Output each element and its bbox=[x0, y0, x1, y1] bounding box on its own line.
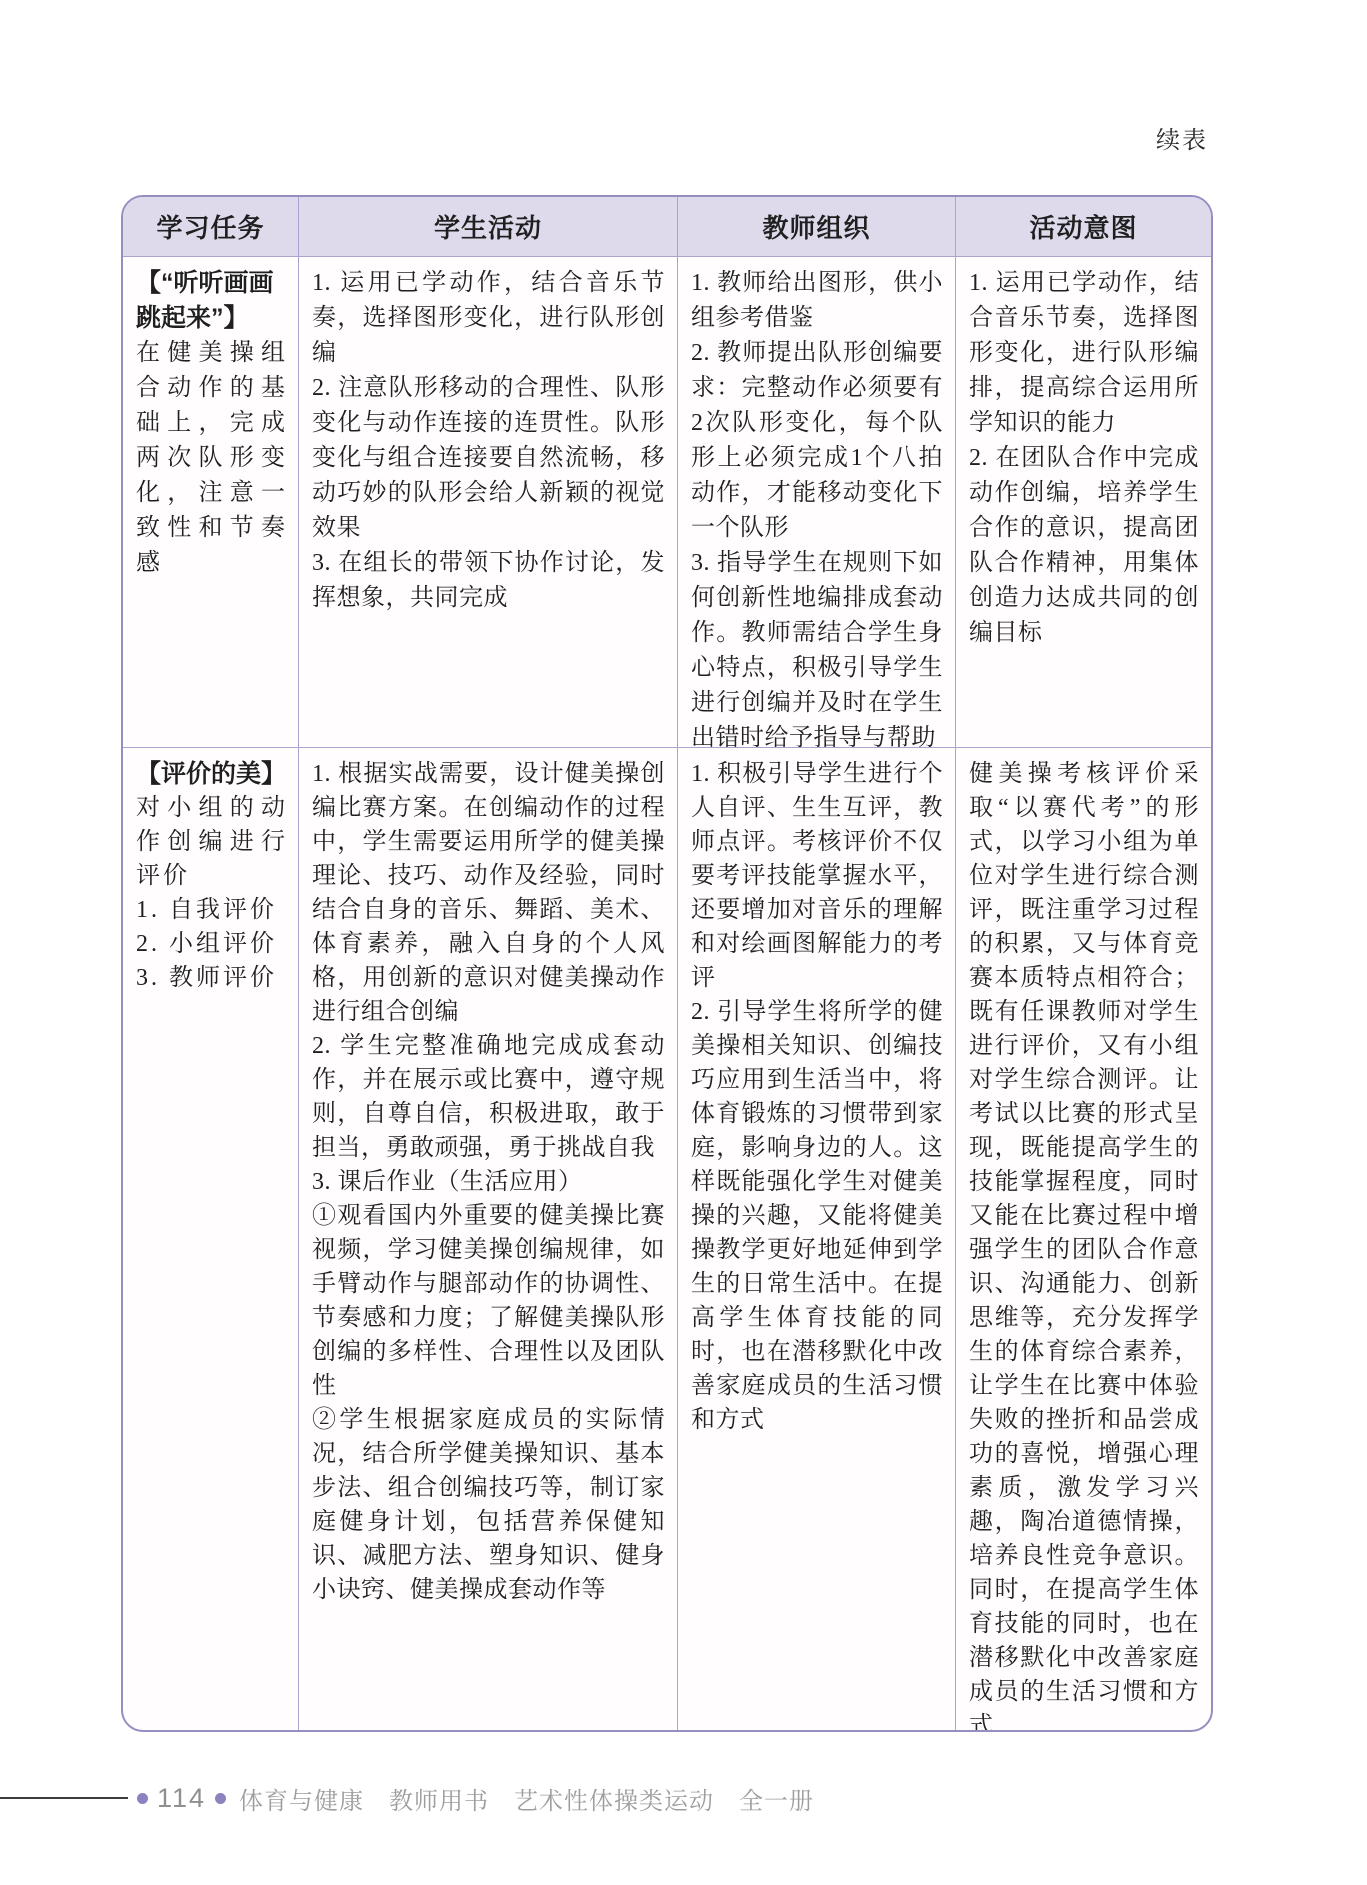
cell-row2-student-activity: 1. 根据实战需要，设计健美操创编比赛方案。在创编动作的过程中，学生需要运用所学… bbox=[299, 748, 678, 1730]
teacher-organization-item: 1. 积极引导学生进行个人自评、生生互评，教师点评。考核评价不仅要考评技能掌握水… bbox=[691, 757, 943, 995]
header-cell-teacher-organization: 教师组织 bbox=[678, 197, 956, 257]
footer-dot-icon bbox=[215, 1793, 226, 1804]
activity-intent-item: 1. 运用已学动作，结合音乐节奏，选择图形变化，进行队形编排，提高综合运用所学知… bbox=[969, 266, 1199, 441]
lesson-plan-table: 学习任务 学生活动 教师组织 活动意图 【“听听画画跳起来”】 在健美操组合动作… bbox=[121, 195, 1213, 1732]
cell-row2-teacher-organization: 1. 积极引导学生进行个人自评、生生互评，教师点评。考核评价不仅要考评技能掌握水… bbox=[678, 748, 956, 1730]
student-activity-item: 2. 学生完整准确地完成成套动作，并在展示或比赛中，遵守规则，自尊自信，积极进取… bbox=[312, 1029, 665, 1165]
task-description: 3. 教师评价 bbox=[136, 961, 288, 995]
task-description: 对小组的动作创编进行评价 bbox=[136, 791, 288, 893]
task-title: 【评价的美】 bbox=[136, 757, 288, 791]
task-description: 在健美操组合动作的基础上，完成两次队形变化，注意一致性和节奏感 bbox=[136, 336, 288, 581]
header-cell-learning-task: 学习任务 bbox=[123, 197, 299, 257]
task-description: 1. 自我评价 bbox=[136, 893, 288, 927]
page-footer: 114 体育与健康 教师用书 艺术性体操类运动 全一册 bbox=[0, 1782, 1367, 1814]
header-cell-student-activity: 学生活动 bbox=[299, 197, 678, 257]
student-activity-item: 1. 根据实战需要，设计健美操创编比赛方案。在创编动作的过程中，学生需要运用所学… bbox=[312, 757, 665, 1029]
activity-intent-item: 健美操考核评价采取“以赛代考”的形式，以学习小组为单位对学生进行综合测评，既注重… bbox=[969, 757, 1199, 1730]
teacher-organization-item: 2. 引导学生将所学的健美操相关知识、创编技巧应用到生活当中，将体育锻炼的习惯带… bbox=[691, 995, 943, 1437]
student-activity-item: 3. 在组长的带领下协作讨论，发挥想象，共同完成 bbox=[312, 546, 665, 616]
continued-table-label: 续表 bbox=[1156, 120, 1208, 155]
teacher-organization-item: 2. 教师提出队形创编要求：完整动作必须要有2次队形变化，每个队形上必须完成1个… bbox=[691, 336, 943, 546]
page-number: 114 bbox=[157, 1783, 206, 1814]
teacher-organization-item: 1. 教师给出图形，供小组参考借鉴 bbox=[691, 266, 943, 336]
activity-intent-item: 2. 在团队合作中完成动作创编，培养学生合作的意识，提高团队合作精神，用集体创造… bbox=[969, 441, 1199, 651]
student-activity-item: 3. 课后作业（生活应用） bbox=[312, 1165, 665, 1199]
footer-dot-icon bbox=[137, 1793, 148, 1804]
task-title: 【“听听画画跳起来”】 bbox=[136, 266, 288, 336]
footer-rule bbox=[0, 1797, 128, 1799]
cell-row1-student-activity: 1. 运用已学动作，结合音乐节奏，选择图形变化，进行队形创编 2. 注意队形移动… bbox=[299, 257, 678, 748]
student-activity-item: 2. 注意队形移动的合理性、队形变化与动作连接的连贯性。队形变化与组合连接要自然… bbox=[312, 371, 665, 546]
student-activity-item: ①观看国内外重要的健美操比赛视频，学习健美操创编规律，如手臂动作与腿部动作的协调… bbox=[312, 1199, 665, 1403]
cell-row1-learning-task: 【“听听画画跳起来”】 在健美操组合动作的基础上，完成两次队形变化，注意一致性和… bbox=[123, 257, 299, 748]
cell-row2-learning-task: 【评价的美】 对小组的动作创编进行评价 1. 自我评价 2. 小组评价 3. 教… bbox=[123, 748, 299, 1730]
cell-row1-teacher-organization: 1. 教师给出图形，供小组参考借鉴 2. 教师提出队形创编要求：完整动作必须要有… bbox=[678, 257, 956, 748]
header-cell-activity-intent: 活动意图 bbox=[956, 197, 1211, 257]
student-activity-item: ②学生根据家庭成员的实际情况，结合所学健美操知识、基本步法、组合创编技巧等，制订… bbox=[312, 1403, 665, 1607]
cell-row2-activity-intent: 健美操考核评价采取“以赛代考”的形式，以学习小组为单位对学生进行综合测评，既注重… bbox=[956, 748, 1211, 1730]
footer-book-title: 体育与健康 教师用书 艺术性体操类运动 全一册 bbox=[239, 1781, 814, 1816]
task-description: 2. 小组评价 bbox=[136, 927, 288, 961]
teacher-organization-item: 3. 指导学生在规则下如何创新性地编排成套动作。教师需结合学生身心特点，积极引导… bbox=[691, 546, 943, 748]
student-activity-item: 1. 运用已学动作，结合音乐节奏，选择图形变化，进行队形创编 bbox=[312, 266, 665, 371]
cell-row1-activity-intent: 1. 运用已学动作，结合音乐节奏，选择图形变化，进行队形编排，提高综合运用所学知… bbox=[956, 257, 1211, 748]
